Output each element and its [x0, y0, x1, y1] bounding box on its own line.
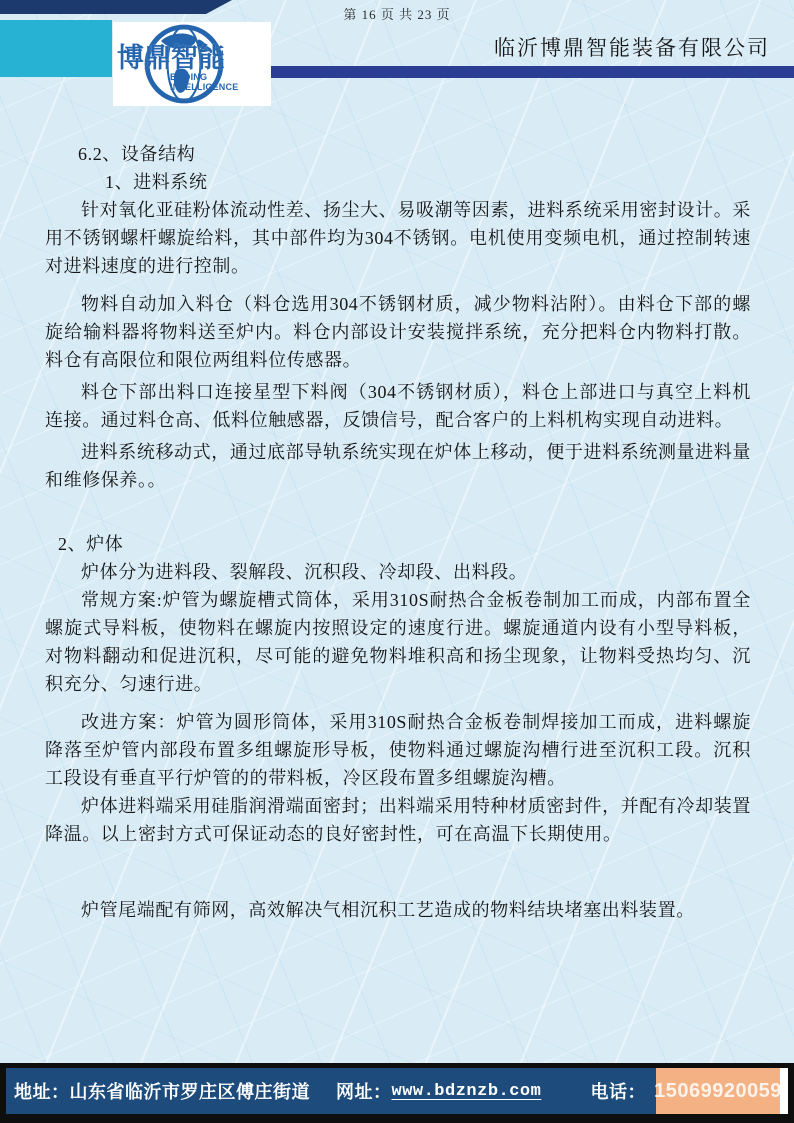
page-indicator: 第 16 页 共 23 页 [0, 4, 794, 23]
footer-phone-badge: 15069920059 [656, 1068, 780, 1114]
footer-website: 网址： www.bdznzb.com [336, 1078, 541, 1104]
paragraph: 炉管尾端配有筛网，高效解决气相沉积工艺造成的物料结块堵塞出料装置。 [45, 896, 751, 924]
document-body: 6.2、设备结构 1、进料系统 针对氧化亚硅粉体流动性差、扬尘大、易吸潮等因素，… [45, 140, 751, 924]
footer-contact-strip: 地址：山东省临沂市罗庄区傅庄街道 网址： www.bdznzb.com 电话： [6, 1068, 656, 1114]
paragraph: 针对氧化亚硅粉体流动性差、扬尘大、易吸潮等因素，进料系统采用密封设计。采用不锈钢… [45, 196, 751, 280]
header-rule-decor [270, 66, 794, 78]
footer-website-link[interactable]: www.bdznzb.com [392, 1082, 542, 1101]
footer-bar: 地址：山东省临沂市罗庄区傅庄街道 网址： www.bdznzb.com 电话： … [0, 1063, 794, 1123]
paragraph: 炉体进料端采用硅脂润滑端面密封；出料端采用特种材质密封件，并配有冷却装置降温。以… [45, 792, 751, 848]
footer-website-label: 网址： [336, 1078, 392, 1104]
company-name: 临沂博鼎智能装备有限公司 [494, 32, 770, 62]
footer-address: 地址：山东省临沂市罗庄区傅庄街道 [14, 1078, 310, 1104]
logo-name-en: BODING INTELLIGENCE [170, 72, 271, 92]
paragraph: 改进方案：炉管为圆形筒体，采用310S耐热合金板卷制焊接加工而成，进料螺旋降落至… [45, 708, 751, 792]
paragraph: 进料系统移动式，通过底部导轨系统实现在炉体上移动，便于进料系统测量进料量和维修保… [45, 438, 751, 494]
subsection-heading: 1、进料系统 [45, 168, 751, 196]
subsection-heading: 2、炉体 [45, 530, 751, 558]
footer-right-strip-decor [780, 1068, 788, 1114]
paragraph: 物料自动加入料仓（料仓选用304不锈钢材质，减少物料沾附）。由料仓下部的螺旋给输… [45, 290, 751, 374]
paragraph: 料仓下部出料口连接星型下料阀（304不锈钢材质），料仓上部进口与真空上料机连接。… [45, 378, 751, 434]
document-page: 第 16 页 共 23 页 博鼎智能 BODING INTELLIGENCE 临… [0, 0, 794, 1123]
paragraph: 常规方案:炉管为螺旋槽式筒体，采用310S耐热合金板卷制加工而成，内部布置全螺旋… [45, 586, 751, 698]
teal-accent-decor [0, 20, 112, 77]
logo-name-cn: 博鼎智能 [117, 44, 267, 72]
paragraph: 炉体分为进料段、裂解段、沉积段、冷却段、出料段。 [45, 558, 751, 586]
section-heading: 6.2、设备结构 [45, 140, 751, 168]
footer-phone-label: 电话： [591, 1078, 647, 1104]
company-logo: 博鼎智能 BODING INTELLIGENCE [113, 22, 271, 106]
footer-inner: 地址：山东省临沂市罗庄区傅庄街道 网址： www.bdznzb.com 电话： … [6, 1068, 788, 1114]
